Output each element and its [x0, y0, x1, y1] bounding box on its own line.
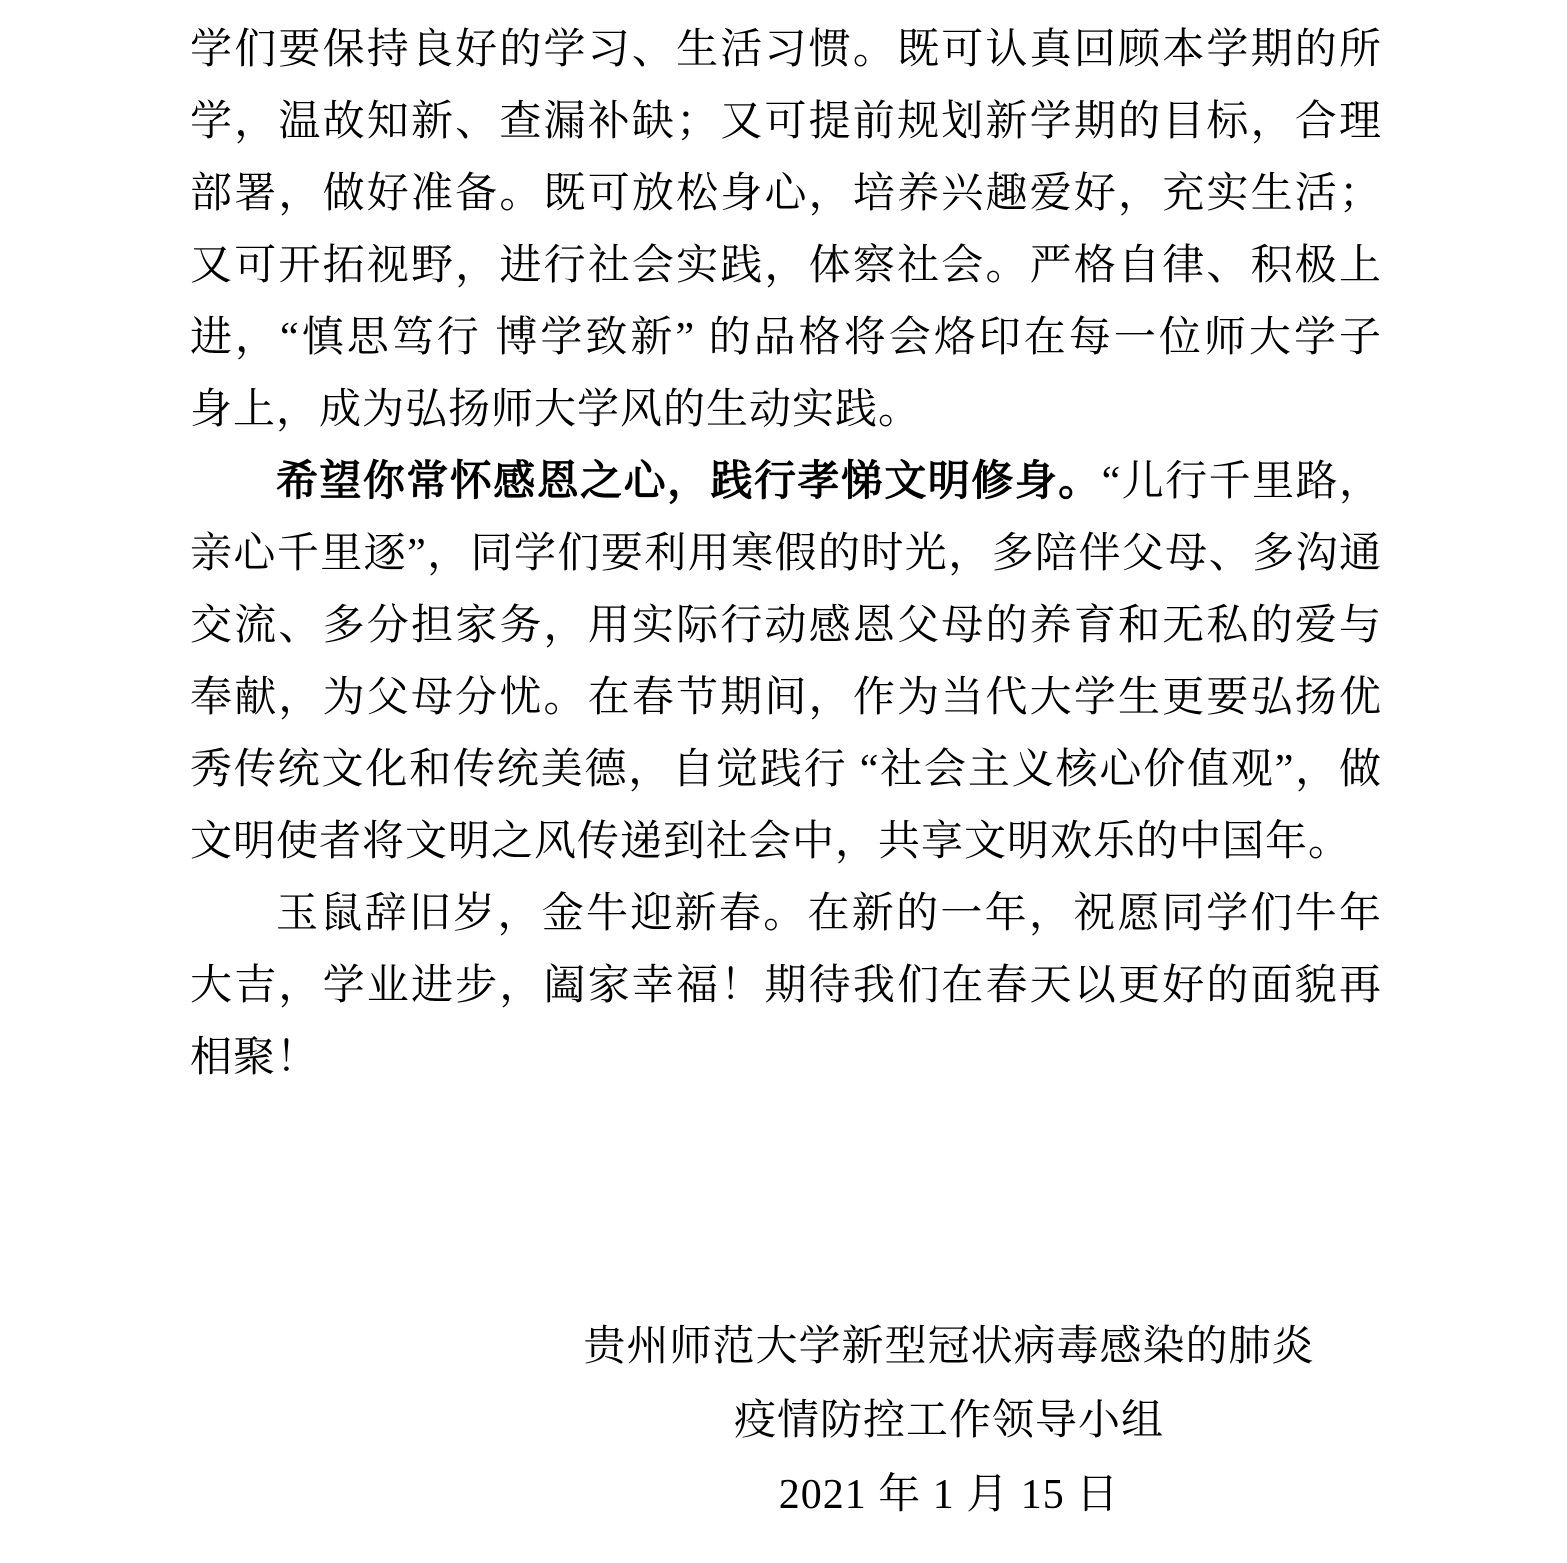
- signature-org-line1: 贵州师范大学新型冠状病毒感染的肺炎: [516, 1310, 1382, 1384]
- text-segment: 玉鼠辞旧岁，金牛迎新春。在新的一年，祝愿同学们牛年: [276, 891, 1382, 937]
- page: 学们要保持良好的学习、生活习惯。既可认真回顾本学期的所学，温故知新、查漏补缺；又…: [0, 0, 1567, 1563]
- text-line: 进，“慎思笃行 博学致新” 的品格将会烙印在每一位师大学子: [190, 302, 1382, 374]
- text-segment: 相聚！: [190, 1035, 319, 1081]
- text-segment: 又可开拓视野，进行社会实践，体察社会。严格自律、积极上: [190, 243, 1382, 289]
- text-line: 奉献，为父母分忧。在春节期间，作为当代大学生更要弘扬优: [190, 662, 1382, 734]
- signature-block: 贵州师范大学新型冠状病毒感染的肺炎 疫情防控工作领导小组 2021 年 1 月 …: [516, 1310, 1382, 1532]
- text-segment: 部署，做好准备。既可放松身心，培养兴趣爱好，充实生活；: [190, 171, 1382, 217]
- text-segment-bold: 希望你常怀感恩之心，践行孝悌文明修身。: [276, 459, 1102, 505]
- text-segment: 交流、多分担家务，用实际行动感恩父母的养育和无私的爱与: [190, 603, 1382, 649]
- text-segment: 文明使者将文明之风传递到社会中，共享文明欢乐的中国年。: [190, 819, 1351, 865]
- text-line: 身上，成为弘扬师大学风的生动实践。: [190, 374, 1382, 446]
- text-line: 文明使者将文明之风传递到社会中，共享文明欢乐的中国年。: [190, 806, 1382, 878]
- text-segment: 学们要保持良好的学习、生活习惯。既可认真回顾本学期的所: [190, 27, 1382, 73]
- text-segment: 大吉，学业进步，阖家幸福！期待我们在春天以更好的面貌再: [190, 963, 1382, 1009]
- text-line: 学们要保持良好的学习、生活习惯。既可认真回顾本学期的所: [190, 14, 1382, 86]
- text-segment: 秀传统文化和传统美德，自觉践行 “社会主义核心价值观”，做: [190, 747, 1382, 793]
- text-line: 部署，做好准备。既可放松身心，培养兴趣爱好，充实生活；: [190, 158, 1382, 230]
- text-line: 相聚！: [190, 1022, 1382, 1094]
- text-line: 大吉，学业进步，阖家幸福！期待我们在春天以更好的面貌再: [190, 950, 1382, 1022]
- text-line: 学，温故知新、查漏补缺；又可提前规划新学期的目标，合理: [190, 86, 1382, 158]
- text-segment: 学，温故知新、查漏补缺；又可提前规划新学期的目标，合理: [190, 99, 1382, 145]
- text-line: 交流、多分担家务，用实际行动感恩父母的养育和无私的爱与: [190, 590, 1382, 662]
- text-line: 又可开拓视野，进行社会实践，体察社会。严格自律、积极上: [190, 230, 1382, 302]
- text-line: 秀传统文化和传统美德，自觉践行 “社会主义核心价值观”，做: [190, 734, 1382, 806]
- document-body: 学们要保持良好的学习、生活习惯。既可认真回顾本学期的所学，温故知新、查漏补缺；又…: [190, 14, 1382, 1094]
- text-segment: 身上，成为弘扬师大学风的生动实践。: [190, 387, 921, 433]
- text-segment: 进，“慎思笃行 博学致新” 的品格将会烙印在每一位师大学子: [190, 315, 1382, 361]
- text-segment: 亲心千里逐”，同学们要利用寒假的时光，多陪伴父母、多沟通: [190, 531, 1382, 577]
- text-segment: 奉献，为父母分忧。在春节期间，作为当代大学生更要弘扬优: [190, 675, 1382, 721]
- signature-org-line2: 疫情防控工作领导小组: [516, 1384, 1382, 1458]
- text-segment: “儿行千里路，: [1102, 459, 1382, 505]
- text-line: 玉鼠辞旧岁，金牛迎新春。在新的一年，祝愿同学们牛年: [190, 878, 1382, 950]
- signature-date: 2021 年 1 月 15 日: [516, 1458, 1382, 1532]
- text-line: 亲心千里逐”，同学们要利用寒假的时光，多陪伴父母、多沟通: [190, 518, 1382, 590]
- text-line: 希望你常怀感恩之心，践行孝悌文明修身。“儿行千里路，: [190, 446, 1382, 518]
